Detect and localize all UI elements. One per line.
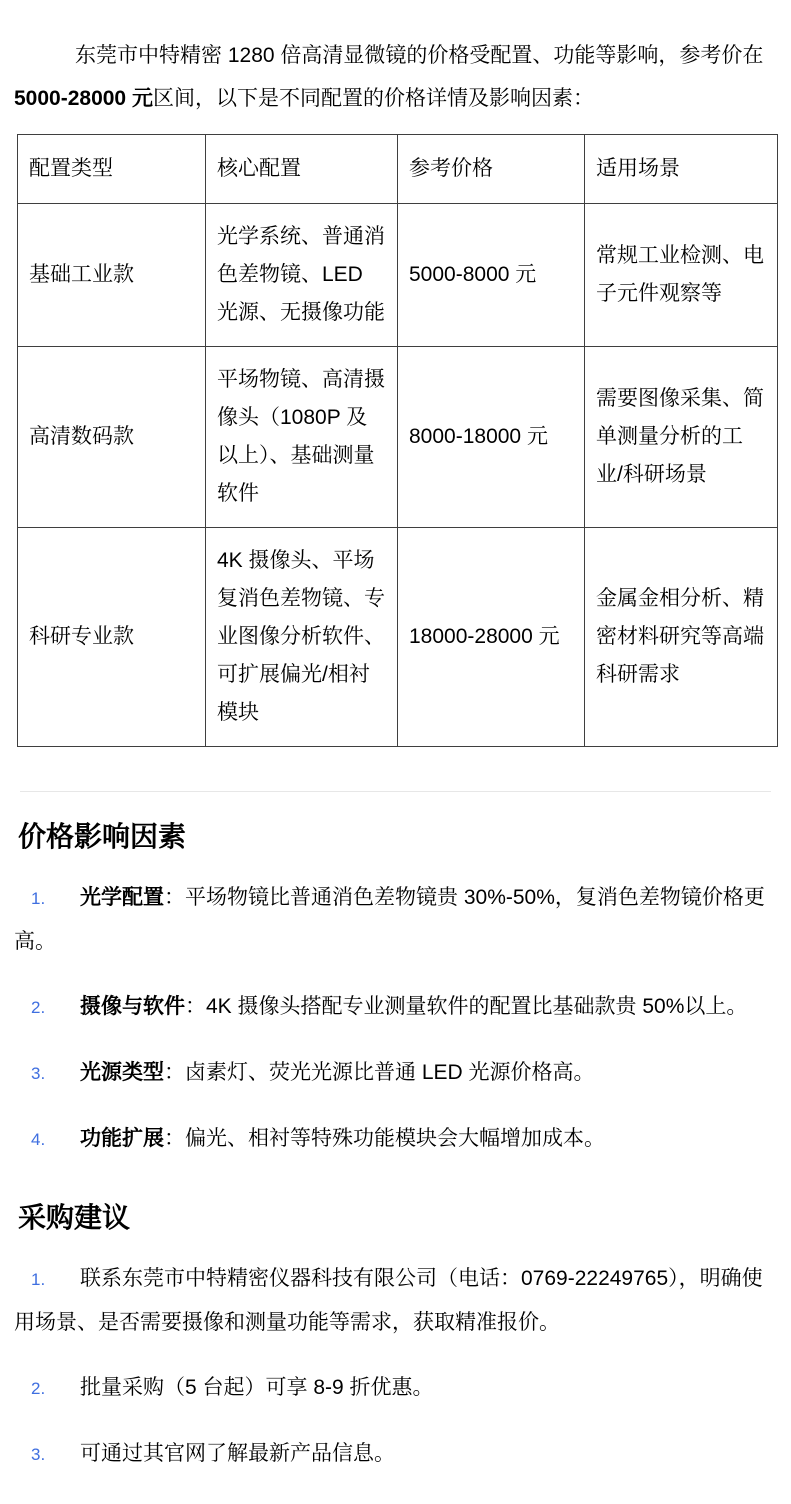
advice-list-item: 3.可通过其官网了解最新产品信息。 <box>14 1432 777 1476</box>
factor-text: ：偏光、相衬等特殊功能模块会大幅增加成本。 <box>164 1127 605 1150</box>
list-number: 3. <box>14 1433 80 1476</box>
cell-core-config: 平场物镜、高清摄像头（1080P 及以上）、基础测量软件 <box>206 347 398 528</box>
intro-text-before: 东莞市中特精密 1280 倍高清显微镜的价格受配置、功能等影响，参考价在 <box>75 44 763 67</box>
list-number: 3. <box>14 1052 80 1095</box>
table-row: 科研专业款 4K 摄像头、平场复消色差物镜、专业图像分析软件、可扩展偏光/相衬模… <box>18 528 778 747</box>
cell-reference-price: 18000-28000 元 <box>398 528 585 747</box>
document-page: 东莞市中特精密 1280 倍高清显微镜的价格受配置、功能等影响，参考价在 500… <box>0 0 791 1504</box>
cell-use-scene: 需要图像采集、简单测量分析的工业/科研场景 <box>585 347 778 528</box>
advice-text: 联系东莞市中特精密仪器科技有限公司（电话：0769-22249765），明确使用… <box>14 1267 763 1334</box>
cell-use-scene: 常规工业检测、电子元件观察等 <box>585 204 778 347</box>
list-number: 2. <box>14 986 80 1029</box>
intro-paragraph: 东莞市中特精密 1280 倍高清显微镜的价格受配置、功能等影响，参考价在 500… <box>14 34 777 120</box>
table-header-row: 配置类型 核心配置 参考价格 适用场景 <box>18 135 778 204</box>
factor-list-item: 1.光学配置：平场物镜比普通消色差物镜贵 30%-50%，复消色差物镜价格更高。 <box>14 876 777 963</box>
cell-config-type: 基础工业款 <box>18 204 206 347</box>
section-divider <box>20 791 771 792</box>
col-header-core-config: 核心配置 <box>206 135 398 204</box>
factors-section-heading: 价格影响因素 <box>14 818 777 856</box>
intro-price-range: 5000-28000 元 <box>14 87 153 110</box>
advice-text: 批量采购（5 台起）可享 8-9 折优惠。 <box>80 1376 434 1399</box>
list-number: 1. <box>14 1258 80 1301</box>
factor-text: ：卤素灯、荧光光源比普通 LED 光源价格高。 <box>164 1061 595 1084</box>
price-table: 配置类型 核心配置 参考价格 适用场景 基础工业款 光学系统、普通消色差物镜、L… <box>17 134 778 747</box>
factor-list-item: 4.功能扩展：偏光、相衬等特殊功能模块会大幅增加成本。 <box>14 1117 777 1161</box>
col-header-config-type: 配置类型 <box>18 135 206 204</box>
advice-section-heading: 采购建议 <box>14 1199 777 1237</box>
cell-core-config: 光学系统、普通消色差物镜、LED 光源、无摄像功能 <box>206 204 398 347</box>
table-row: 高清数码款 平场物镜、高清摄像头（1080P 及以上）、基础测量软件 8000-… <box>18 347 778 528</box>
advice-list-item: 1.联系东莞市中特精密仪器科技有限公司（电话：0769-22249765），明确… <box>14 1257 777 1344</box>
factor-list-item: 3.光源类型：卤素灯、荧光光源比普通 LED 光源价格高。 <box>14 1051 777 1095</box>
factor-list-item: 2.摄像与软件：4K 摄像头搭配专业测量软件的配置比基础款贵 50%以上。 <box>14 985 777 1029</box>
factor-term: 摄像与软件 <box>80 995 185 1018</box>
cell-config-type: 科研专业款 <box>18 528 206 747</box>
cell-reference-price: 8000-18000 元 <box>398 347 585 528</box>
col-header-reference-price: 参考价格 <box>398 135 585 204</box>
advice-text: 可通过其官网了解最新产品信息。 <box>80 1442 395 1465</box>
list-number: 2. <box>14 1367 80 1410</box>
factor-term: 光学配置 <box>80 886 164 909</box>
list-number: 4. <box>14 1118 80 1161</box>
table-row: 基础工业款 光学系统、普通消色差物镜、LED 光源、无摄像功能 5000-800… <box>18 204 778 347</box>
list-number: 1. <box>14 877 80 920</box>
intro-text-after: 区间，以下是不同配置的价格详情及影响因素： <box>153 87 594 110</box>
advice-list-item: 2.批量采购（5 台起）可享 8-9 折优惠。 <box>14 1366 777 1410</box>
cell-core-config: 4K 摄像头、平场复消色差物镜、专业图像分析软件、可扩展偏光/相衬模块 <box>206 528 398 747</box>
cell-reference-price: 5000-8000 元 <box>398 204 585 347</box>
cell-config-type: 高清数码款 <box>18 347 206 528</box>
factor-term: 光源类型 <box>80 1061 164 1084</box>
factor-term: 功能扩展 <box>80 1127 164 1150</box>
col-header-use-scene: 适用场景 <box>585 135 778 204</box>
cell-use-scene: 金属金相分析、精密材料研究等高端科研需求 <box>585 528 778 747</box>
factor-text: ：4K 摄像头搭配专业测量软件的配置比基础款贵 50%以上。 <box>185 995 747 1018</box>
